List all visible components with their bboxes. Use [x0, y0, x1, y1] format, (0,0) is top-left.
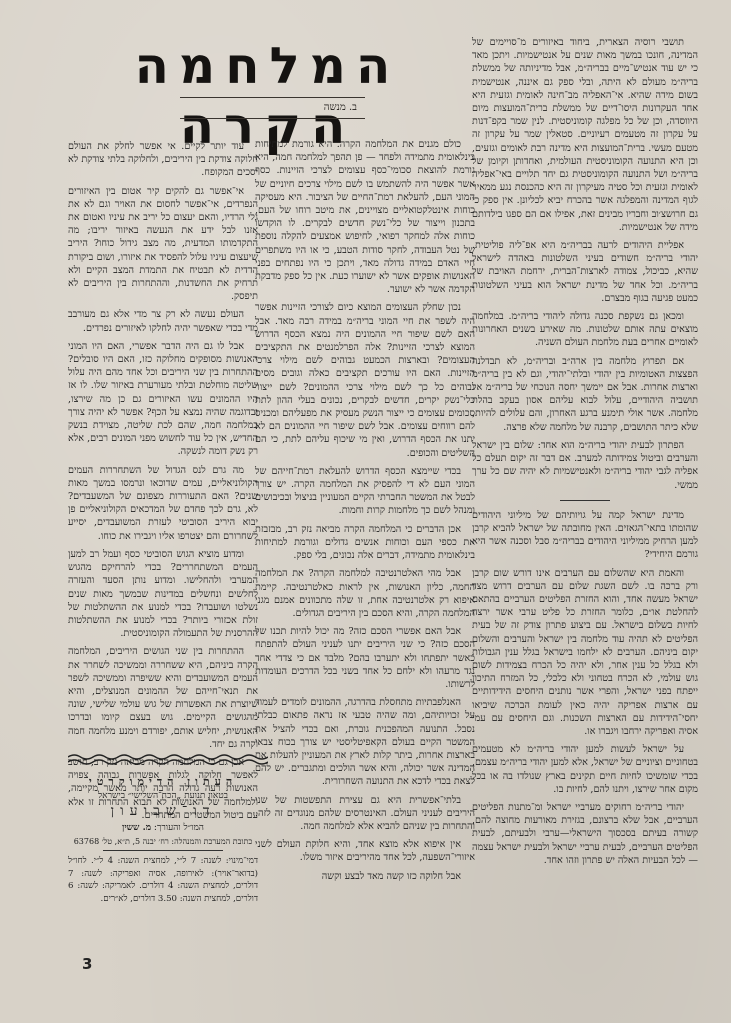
- masthead-address: כתובת המערכת והמנהלה: רח׳ יבנה 5, ת״א, ט…: [68, 837, 258, 846]
- paragraph: אם תפרוץ מלחמה בין ארה״ב ובריה״מ, לא תבד…: [472, 355, 698, 434]
- paragraph: נכון שחלק העצומים המוצא כיום לצורכי הזיי…: [255, 301, 475, 459]
- newspaper-page: המלחמה הקרה ב. מנשה תושבי רוסיה הצארית, …: [0, 0, 731, 1023]
- paragraph: כולם מגנים את המלחמה הקרה. היא גורמת למת…: [255, 138, 475, 296]
- column-left: עוד יותר לקיים. אי אפשר לחלק את העולם חל…: [68, 140, 258, 740]
- wavy-divider-ornament: [68, 751, 268, 769]
- subscription-prices: דמי־מינוי: לשנה: 7 ל״י, למחצית השנה: 4 ל…: [68, 855, 258, 905]
- paragraph: בכדי שיימצא הכסף הדרוש להעלאת רמת־חייהם …: [255, 465, 475, 518]
- column-right-paragraphs: תושבי רוסיה הצארית, ביחוד באיזורים מ־סוי…: [472, 36, 698, 492]
- paragraph: על ישראל לעשות למען יהודי בריה״מ לא מטעמ…: [472, 743, 698, 796]
- paragraph: עוד יותר לקיים. אי אפשר לחלק את העולם חל…: [68, 140, 258, 180]
- paragraph: יהודי בריה״מ רחוקים מערביי ישראל ומ־מתנו…: [472, 801, 698, 867]
- byline-box: ב. מנשה: [180, 97, 365, 119]
- paragraph: הפתרון לבעית יהודי בריה״מ הוא אחד: שלום …: [472, 439, 698, 492]
- paragraph: אבל חלוקה כזו קשה מאד לבצע וקשה: [255, 870, 475, 883]
- author-byline: ב. מנשה: [180, 98, 365, 118]
- paragraph: האנלפבתיות מתחסלת בהדרגה, ההמונים לומדים…: [255, 696, 475, 788]
- masthead-frequency: דו־שבועון: [68, 803, 258, 820]
- editor-label: המו״ל והעורך:: [154, 823, 204, 833]
- page-number: 3: [82, 955, 92, 973]
- column-middle-paragraphs: כולם מגנים את המלחמה הקרה. היא גורמת למת…: [255, 138, 475, 883]
- byline-rule-bottom: [180, 118, 365, 119]
- paragraph: אבל לו גם היה הדבר אפשרי, האם היו המוני …: [68, 340, 258, 459]
- section-divider: [560, 500, 610, 501]
- column-middle: כולם מגנים את המלחמה הקרה. היא גורמת למת…: [255, 138, 475, 988]
- masthead-subtitle: בטאון תנועת „הכח־השלישי״ בישראל: [68, 790, 258, 801]
- paragraph: ההתחרות בין שני הגושים היריבים, המלחמה ה…: [68, 645, 258, 751]
- masthead-editor: המו״ל והעורך: מ. ששין: [68, 822, 258, 833]
- editor-name: מ. ששין: [122, 823, 151, 833]
- paragraph: והאמת היא שהשלום עם הערבים אינו דורש שום…: [472, 567, 698, 739]
- paragraph: אבל מהי האלטרנטיבה למלחמה הקרה? את המלחמ…: [255, 567, 475, 620]
- paragraph: בלתי־אפשרית היא גם עצירת התפשטות של שני …: [255, 794, 475, 834]
- paragraph: אי־אפשר גם להקים קיר אטום בין האיזורים ה…: [68, 185, 258, 304]
- paragraph: מה גרם לנס הגדול של השתחררות העמים הקולו…: [68, 464, 258, 543]
- paragraph: אבל האם אפשרי הסכם כזה? מה יכול להיות תכ…: [255, 625, 475, 691]
- paragraph: אין איפוא אלא מוצא אחד, והיא חלוקת העולם…: [255, 838, 475, 864]
- paragraph: ומדוע מוציא הגוש הסוביטי כסף ועמל רב למע…: [68, 548, 258, 640]
- paragraph: ומכאן גם נשקפת סכנה גדולה ליהודי בריה״מ.…: [472, 310, 698, 350]
- paragraph: אכן הדברים כי המלחמה הקרה מביאה נזק רב, …: [255, 523, 475, 563]
- paragraph: תושבי רוסיה הצארית, ביחוד באיזורים מ־סוי…: [472, 36, 698, 234]
- paragraph: אפליית היהודים לרעה בבריה״מ היא אפ־ליה פ…: [472, 239, 698, 305]
- masthead-rule: [103, 850, 223, 851]
- publication-masthead: העתון הדימוקרטי בטאון תנועת „הכח־השלישי״…: [68, 775, 258, 905]
- paragraph: העולם נעשה לא רק צר מדי אלא גם מעורבב מד…: [68, 308, 258, 334]
- column-left-paragraphs: עוד יותר לקיים. אי אפשר לחלק את העולם חל…: [68, 140, 258, 822]
- column-right-paragraphs-after-rule: מדינת ישראל קמה על גויותיהם של מיליוני ה…: [472, 509, 698, 867]
- masthead-title: העתון הדימוקרטי: [68, 775, 258, 788]
- column-right: תושבי רוסיה הצארית, ביחוד באיזורים מ־סוי…: [472, 36, 698, 826]
- paragraph: מדינת ישראל קמה על גויותיהם של מיליוני ה…: [472, 509, 698, 562]
